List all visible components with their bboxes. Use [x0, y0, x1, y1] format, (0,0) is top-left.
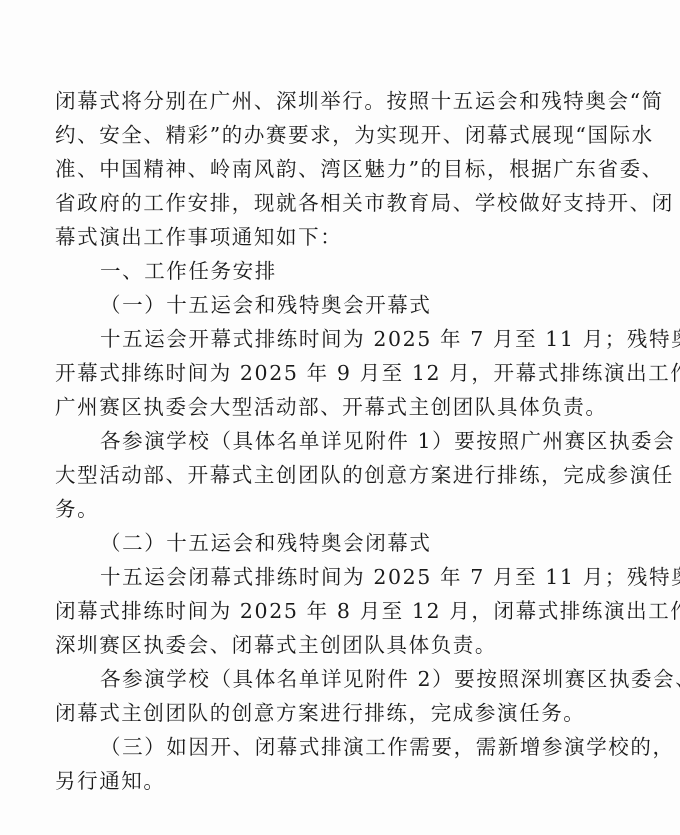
- paragraph-line: 十五运会闭幕式排练时间为 2025 年 7 月至 11 月；残特奥会: [55, 560, 627, 594]
- subsection-item-3: （三）如因开、闭幕式排演工作需要，需新增参演学校的，: [55, 730, 627, 764]
- paragraph-line: 十五运会开幕式排练时间为 2025 年 7 月至 11 月；残特奥会: [55, 322, 627, 356]
- paragraph-line: 各参演学校（具体名单详见附件 1）要按照广州赛区执委会: [55, 424, 627, 458]
- document-page: 闭幕式将分别在广州、深圳举行。按照十五运会和残特奥会“简 约、安全、精彩”的办赛…: [0, 0, 680, 835]
- paragraph-line: 闭幕式主创团队的创意方案进行排练，完成参演任务。: [55, 696, 627, 730]
- document-body: 闭幕式将分别在广州、深圳举行。按照十五运会和残特奥会“简 约、安全、精彩”的办赛…: [55, 84, 627, 798]
- paragraph-line: 闭幕式排练时间为 2025 年 8 月至 12 月，闭幕式排练演出工作由: [55, 594, 627, 628]
- paragraph-line: 闭幕式将分别在广州、深圳举行。按照十五运会和残特奥会“简: [55, 84, 627, 118]
- paragraph-line: 另行通知。: [55, 764, 627, 798]
- section-heading-1: 一、工作任务安排: [55, 254, 627, 288]
- subsection-heading-2: （二）十五运会和残特奥会闭幕式: [55, 526, 627, 560]
- paragraph-line: 幕式演出工作事项通知如下：: [55, 220, 627, 254]
- paragraph-line: 准、中国精神、岭南风韵、湾区魅力”的目标，根据广东省委、: [55, 152, 627, 186]
- paragraph-line: 深圳赛区执委会、闭幕式主创团队具体负责。: [55, 628, 627, 662]
- paragraph-line: 各参演学校（具体名单详见附件 2）要按照深圳赛区执委会、: [55, 662, 627, 696]
- paragraph-line: 务。: [55, 492, 627, 526]
- paragraph-line: 大型活动部、开幕式主创团队的创意方案进行排练，完成参演任: [55, 458, 627, 492]
- paragraph-line: 广州赛区执委会大型活动部、开幕式主创团队具体负责。: [55, 390, 627, 424]
- paragraph-line: 约、安全、精彩”的办赛要求，为实现开、闭幕式展现“国际水: [55, 118, 627, 152]
- paragraph-line: 开幕式排练时间为 2025 年 9 月至 12 月，开幕式排练演出工作由: [55, 356, 627, 390]
- paragraph-line: 省政府的工作安排，现就各相关市教育局、学校做好支持开、闭: [55, 186, 627, 220]
- subsection-heading-1: （一）十五运会和残特奥会开幕式: [55, 288, 627, 322]
